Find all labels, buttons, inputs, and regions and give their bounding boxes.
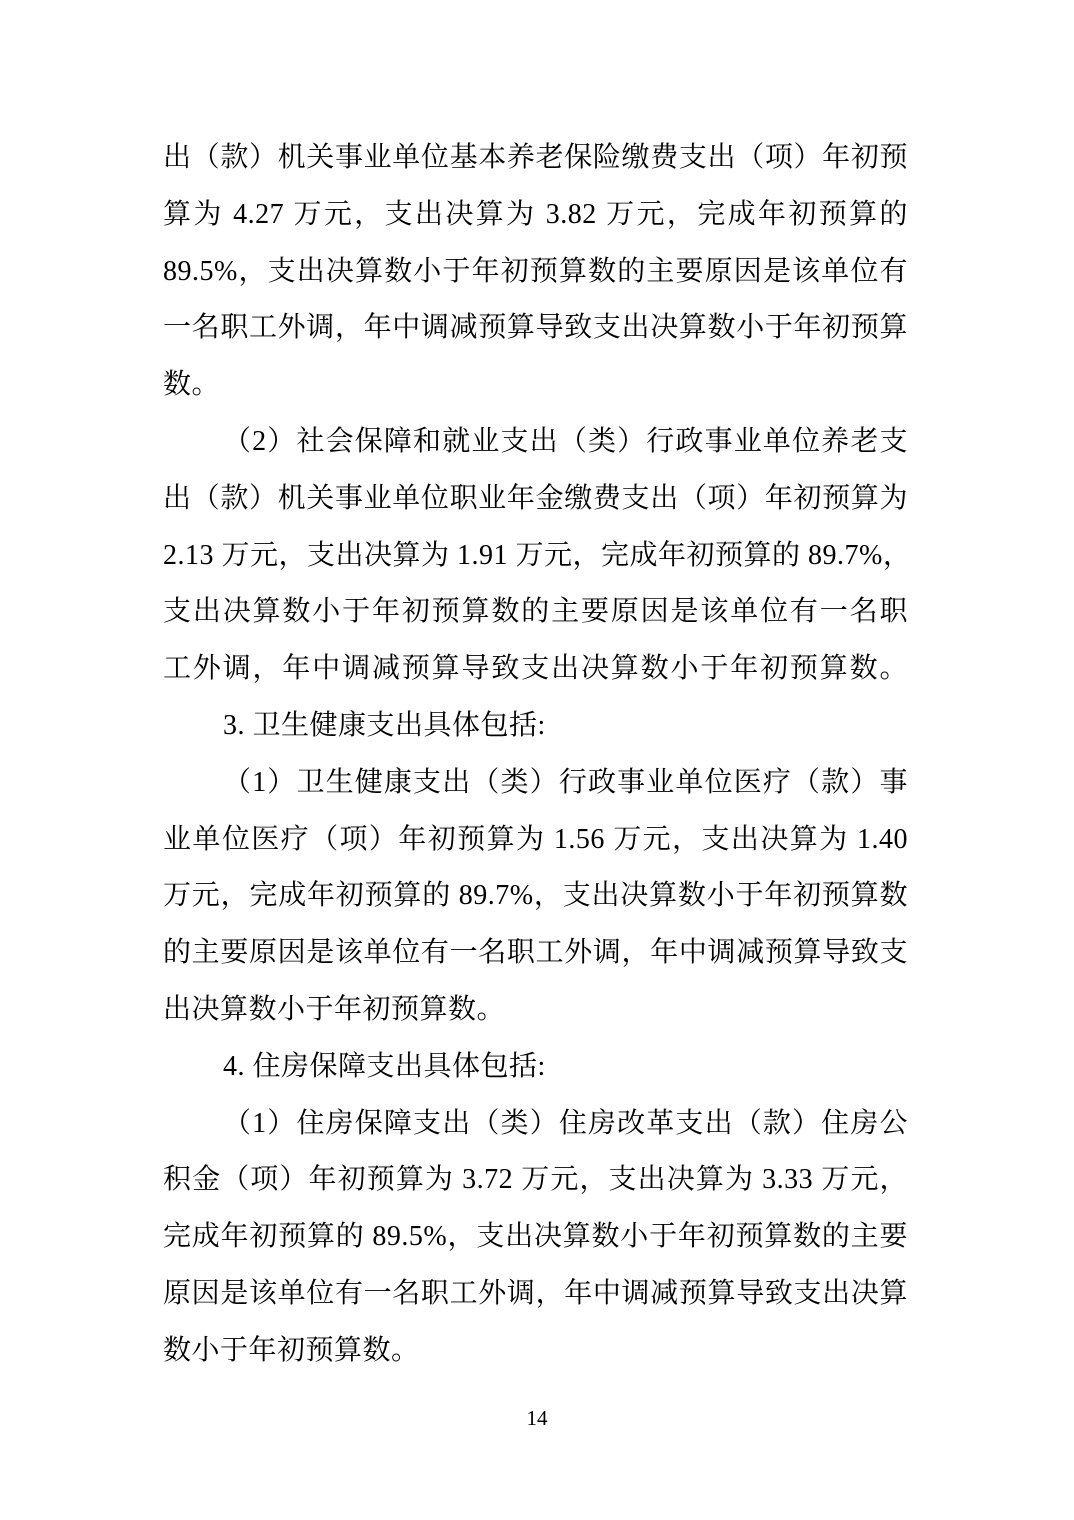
text-line: 积金（项）年初预算为 3.72 万元，支出决算为 3.33 万元， xyxy=(163,1152,908,1209)
text-line: 业单位医疗（项）年初预算为 1.56 万元，支出决算为 1.40 xyxy=(163,812,908,869)
text-line: 89.5%，支出决算数小于年初预算数的主要原因是该单位有 xyxy=(163,244,908,301)
text-line: 3. 卫生健康支出具体包括: xyxy=(163,698,908,755)
text-line: 原因是该单位有一名职工外调，年中调减预算导致支出决算 xyxy=(163,1266,908,1323)
text-line: 一名职工外调，年中调减预算导致支出决算数小于年初预算 xyxy=(163,300,908,357)
text-line: 的主要原因是该单位有一名职工外调，年中调减预算导致支 xyxy=(163,925,908,982)
document-page: 出（款）机关事业单位基本养老保险缴费支出（项）年初预算为 4.27 万元，支出决… xyxy=(0,0,1074,1520)
text-line: 4. 住房保障支出具体包括: xyxy=(163,1039,908,1096)
text-line: 数小于年初预算数。 xyxy=(163,1323,908,1380)
text-line: 出（款）机关事业单位职业年金缴费支出（项）年初预算为 xyxy=(163,471,908,528)
text-line: 出（款）机关事业单位基本养老保险缴费支出（项）年初预 xyxy=(163,130,908,187)
text-line: （1）卫生健康支出（类）行政事业单位医疗（款）事 xyxy=(163,755,908,812)
text-line: 出决算数小于年初预算数。 xyxy=(163,982,908,1039)
text-line: （2）社会保障和就业支出（类）行政事业单位养老支 xyxy=(163,414,908,471)
body-text: 出（款）机关事业单位基本养老保险缴费支出（项）年初预算为 4.27 万元，支出决… xyxy=(163,130,908,1380)
text-line: 完成年初预算的 89.5%，支出决算数小于年初预算数的主要 xyxy=(163,1209,908,1266)
text-line: 数。 xyxy=(163,357,908,414)
text-line: 算为 4.27 万元，支出决算为 3.82 万元，完成年初预算的 xyxy=(163,187,908,244)
text-line: 2.13 万元，支出决算为 1.91 万元，完成年初预算的 89.7%， xyxy=(163,528,908,585)
text-line: 支出决算数小于年初预算数的主要原因是该单位有一名职 xyxy=(163,584,908,641)
text-line: （1）住房保障支出（类）住房改革支出（款）住房公 xyxy=(163,1096,908,1153)
page-number: 14 xyxy=(0,1404,1074,1432)
text-line: 万元，完成年初预算的 89.7%，支出决算数小于年初预算数 xyxy=(163,868,908,925)
text-line: 工外调，年中调减预算导致支出决算数小于年初预算数。 xyxy=(163,641,908,698)
